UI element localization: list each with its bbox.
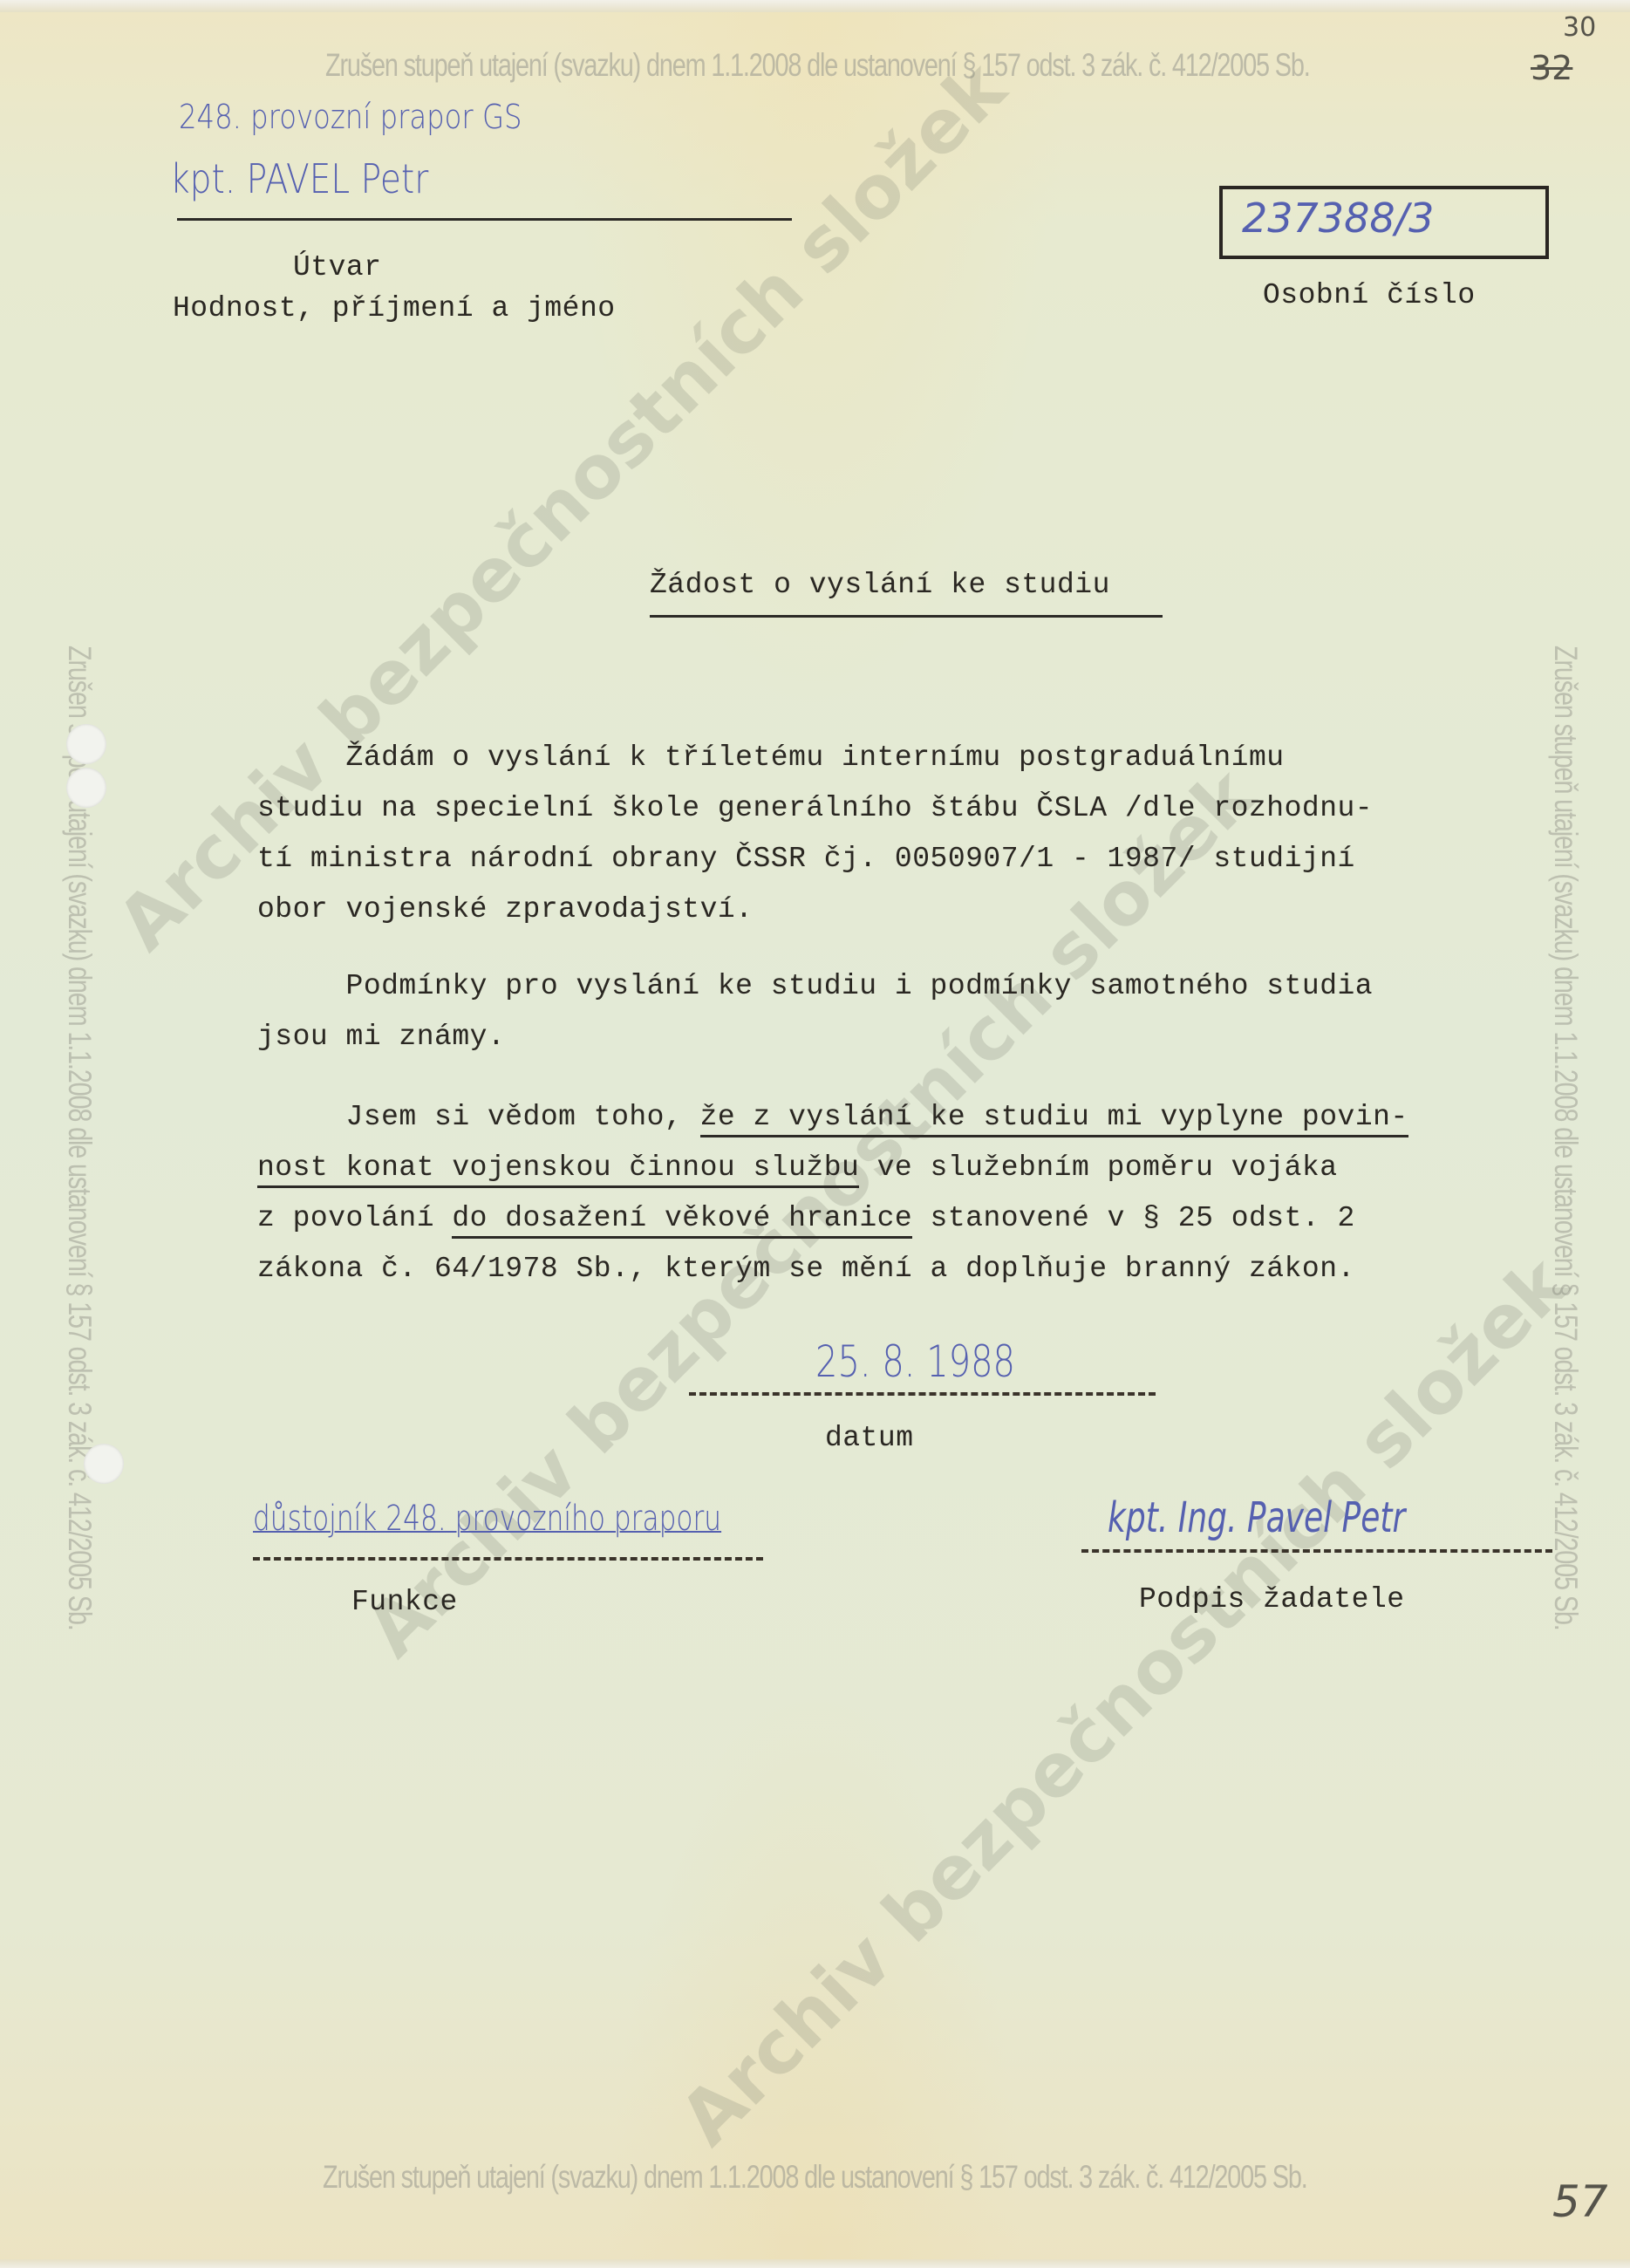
- personal-number-box: 237388/3: [1219, 186, 1549, 259]
- declassification-watermark-bottom: Zrušen stupeň utajení (svazku) dnem 1.1.…: [323, 2159, 1307, 2196]
- personal-number-label: Osobní číslo: [1263, 279, 1476, 311]
- archive-watermark-diagonal-3: Archiv bezpečnostních složek: [664, 1240, 1585, 2162]
- personal-number-handwritten: 237388/3: [1242, 195, 1434, 242]
- signature-handwritten: kpt. Ing. Pavel Petr: [1108, 1493, 1405, 1542]
- paragraph-request: Žádám o vyslání k tříletému internímu po…: [257, 741, 1373, 944]
- paragraph-line: studiu na specielní škole generálního št…: [257, 792, 1373, 843]
- declassification-watermark-top: Zrušen stupeň utajení (svazku) dnem 1.1.…: [325, 47, 1310, 84]
- underlined-phrase: do dosažení věkové hranice: [452, 1202, 912, 1239]
- date-line: [689, 1392, 1156, 1396]
- paragraph-line: z povolání do dosažení věkové hranice st…: [257, 1202, 1408, 1253]
- rank-name-label: Hodnost, příjmení a jméno: [173, 292, 616, 324]
- document-title: Žádost o vyslání ke studiu: [650, 569, 1110, 601]
- paragraph-line: zákona č. 64/1978 Sb., kterým se mění a …: [257, 1253, 1408, 1303]
- name-underline: [177, 218, 792, 221]
- paragraph-line: tí ministra národní obrany ČSSR čj. 0050…: [257, 843, 1373, 893]
- paper-edge-top: [0, 0, 1630, 12]
- function-label: Funkce: [351, 1586, 458, 1618]
- punch-hole: [66, 768, 106, 808]
- paragraph-line: jsou mi známy.: [257, 1021, 1373, 1071]
- page-number-new: 30: [1563, 12, 1596, 43]
- paper-edge-bottom: [0, 2259, 1630, 2268]
- date-handwritten: 25. 8. 1988: [815, 1336, 1015, 1387]
- paragraph-line: Žádám o vyslání k tříletému internímu po…: [257, 741, 1373, 792]
- page-number-struck: 32: [1531, 49, 1572, 87]
- declassification-watermark-right: Zrušen stupeň utajení (svazku) dnem 1.1.…: [1547, 646, 1584, 1630]
- unit-label: Útvar: [293, 251, 382, 283]
- underlined-phrase: nost konat vojenskou činnou službu: [257, 1151, 859, 1188]
- name-handwritten: kpt. PAVEL Petr: [170, 155, 428, 202]
- paragraph-line: Jsem si vědom toho, že z vyslání ke stud…: [257, 1101, 1408, 1151]
- paragraph-conditions: Podmínky pro vyslání ke studiu i podmínk…: [257, 970, 1373, 1071]
- paragraph-line: nost konat vojenskou činnou službu ve sl…: [257, 1151, 1408, 1202]
- paragraph-line: Podmínky pro vyslání ke studiu i podmínk…: [257, 970, 1373, 1021]
- function-line: [253, 1557, 763, 1561]
- paragraph-obligation: Jsem si vědom toho, že z vyslání ke stud…: [257, 1101, 1408, 1303]
- punch-hole: [66, 724, 106, 764]
- unit-handwritten: 248. provozní prapor GS: [179, 98, 522, 136]
- function-handwritten: důstojník 248. provozního praporu: [253, 1499, 721, 1539]
- signature-line: [1081, 1549, 1552, 1553]
- date-label: datum: [825, 1422, 914, 1454]
- paragraph-line: obor vojenské zpravodajství.: [257, 893, 1373, 944]
- signature-label: Podpis žadatele: [1139, 1583, 1405, 1616]
- page-number-bottom: 57: [1552, 2176, 1608, 2227]
- underlined-phrase: že z vyslání ke studiu mi vyplyne povin-: [700, 1101, 1408, 1137]
- title-underline: [650, 615, 1163, 618]
- punch-hole: [84, 1444, 124, 1484]
